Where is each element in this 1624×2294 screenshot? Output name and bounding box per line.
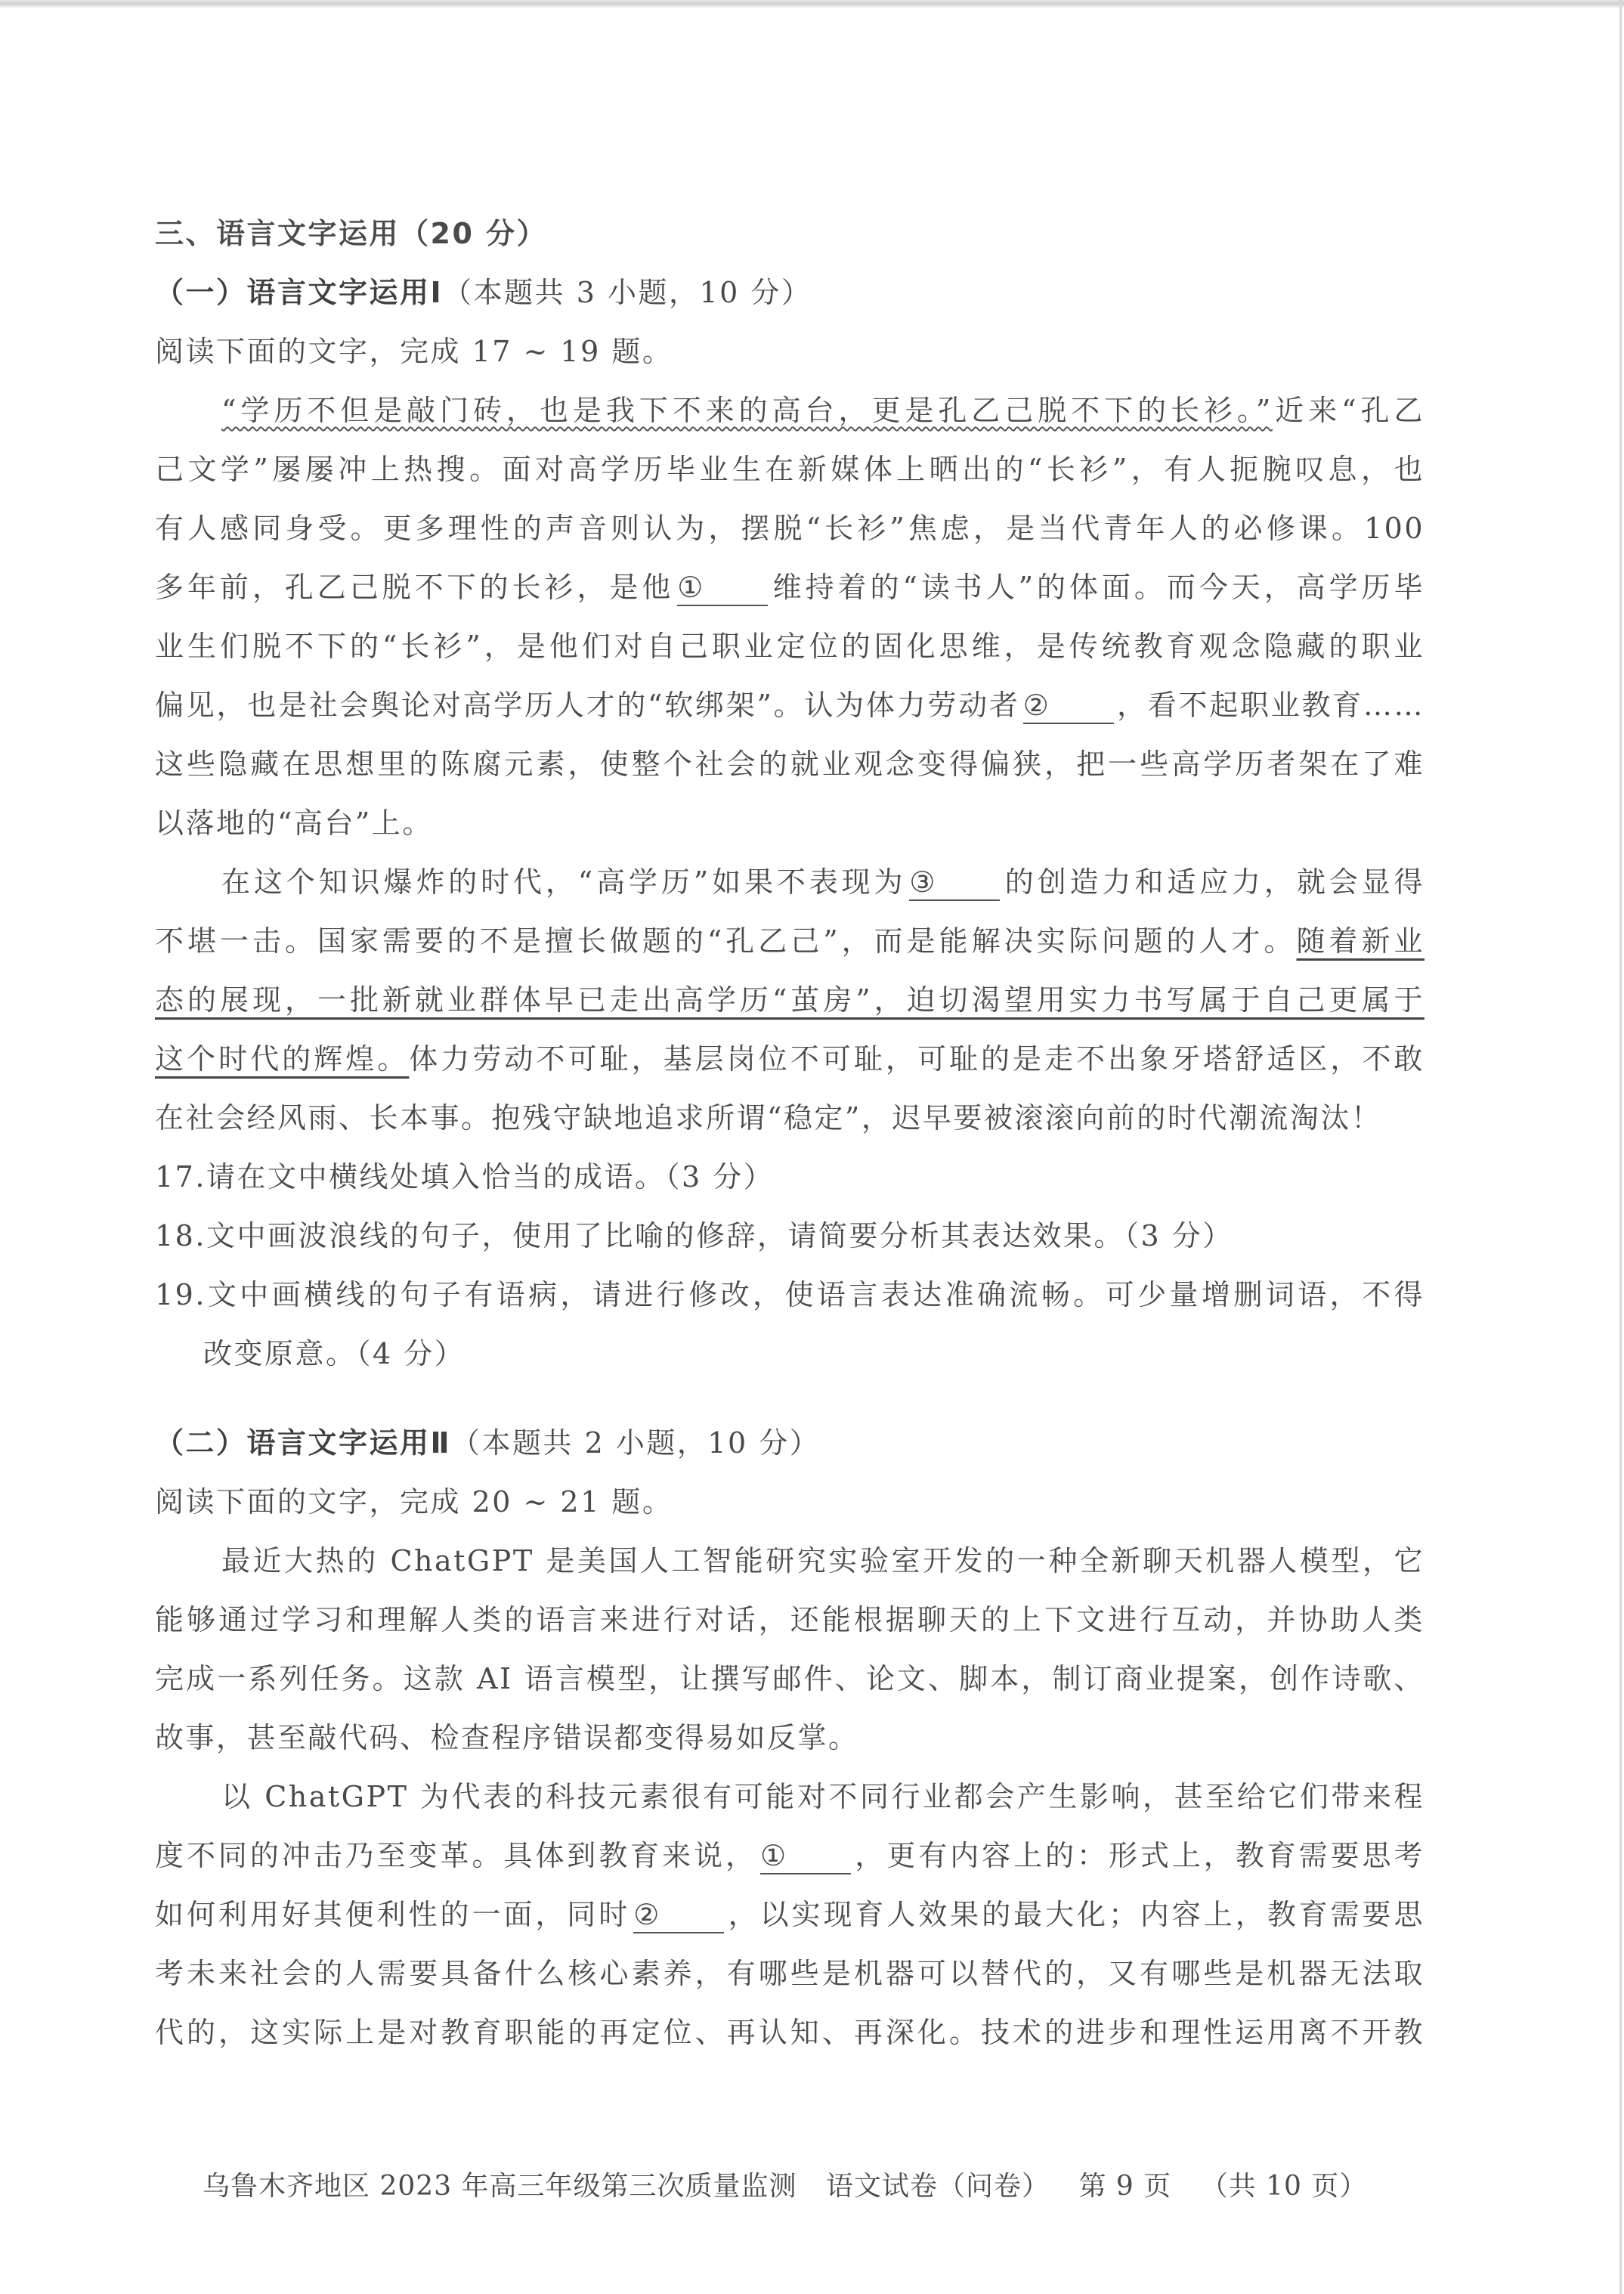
- passage-line: 态的展现，一批新就业群体早已走出高学历“茧房”，迫切渴望用实力书写属于自己更属于: [155, 971, 1424, 1029]
- question-number: 17.: [155, 1160, 206, 1193]
- passage-line: 最近大热的 ChatGPT 是美国人工智能研究实验室开发的一种全新聊天机器人模型…: [155, 1531, 1424, 1590]
- fill-blank-1: ①: [760, 1838, 851, 1875]
- passage-line: 在社会经风雨、长本事。抱残守缺地追求所谓“稳定”，迟早要被滚滚向前的时代潮流淘汰…: [155, 1088, 1424, 1147]
- passage-text: 维持着的“读书人”的体面。而今天，高学历毕: [771, 571, 1424, 604]
- question-text: 文中画波浪线的句子，使用了比喻的修辞，请简要分析其表达效果。（3 分）: [206, 1219, 1233, 1252]
- part-one-questions: 17.请在文中横线处填入恰当的成语。（3 分） 18.文中画波浪线的句子，使用了…: [155, 1147, 1424, 1383]
- footer-paper-name: 语文试卷（问卷）: [826, 2171, 1050, 2202]
- fill-blank-2: ②: [633, 1897, 724, 1933]
- section-gap: [155, 1383, 1424, 1413]
- part-two-heading: （二）语言文字运用Ⅱ（本题共 2 小题，10 分）: [155, 1413, 1424, 1472]
- underlined-sentence: 态的展现，一批新就业群体早已走出高学历“茧房”，迫切渴望用实力书写属于自己更属于: [155, 983, 1424, 1017]
- part-two-heading-note: （本题共 2 小题，10 分）: [451, 1426, 820, 1460]
- passage-text: ，看不起职业教育……: [1117, 689, 1424, 722]
- passage-line: 度不同的冲击乃至变革。具体到教育来说，①，更有内容上的：形式上，教育需要思考: [155, 1826, 1424, 1885]
- passage-text: 不堪一击。国家需要的不是擅长做题的“孔乙己”，而是能解决实际问题的人才。: [155, 924, 1297, 958]
- scan-edge-right: [1619, 0, 1622, 2294]
- passage-line: 这些隐藏在思想里的陈腐元素，使整个社会的就业观念变得偏狭，把一些高学历者架在了难: [155, 735, 1424, 794]
- question-text: 文中画横线的句子有语病，请进行修改，使语言表达准确流畅。可少量增删词语，不得: [206, 1278, 1424, 1311]
- passage-line: 以落地的“高台”上。: [155, 794, 1424, 853]
- part-one-passage: “学历不但是敲门砖，也是我下不来的高台，更是孔乙己脱不下的长衫。”近来“孔乙 己…: [155, 381, 1424, 1147]
- passage-line: 完成一系列任务。这款 AI 语言模型，让撰写邮件、论文、脚本，制订商业提案，创作…: [155, 1649, 1424, 1708]
- question-17: 17.请在文中横线处填入恰当的成语。（3 分）: [155, 1147, 1424, 1206]
- passage-line: 故事，甚至敲代码、检查程序错误都变得易如反掌。: [155, 1708, 1424, 1767]
- passage-text: 度不同的冲击乃至变革。具体到教育来说，: [155, 1839, 757, 1872]
- fill-blank-2: ②: [1023, 688, 1114, 724]
- exam-page: 三、语言文字运用（20 分） （一）语言文字运用Ⅰ（本题共 3 小题，10 分）…: [155, 204, 1424, 2062]
- passage-text: 如何利用好其便利性的一面，同时: [155, 1898, 630, 1931]
- passage-line: 不堪一击。国家需要的不是擅长做题的“孔乙己”，而是能解决实际问题的人才。随着新业: [155, 912, 1424, 971]
- part-two-instruction: 阅读下面的文字，完成 20 ~ 21 题。: [155, 1472, 1424, 1531]
- passage-line: 如何利用好其便利性的一面，同时②，以实现育人效果的最大化；内容上，教育需要思: [155, 1885, 1424, 1944]
- scan-edge-top: [0, 0, 1624, 8]
- question-number: 19.: [155, 1278, 206, 1311]
- passage-line: 代的，这实际上是对教育职能的再定位、再认知、再深化。技术的进步和理性运用离不开教: [155, 2003, 1424, 2062]
- fill-blank-1: ①: [677, 570, 768, 606]
- footer-page-total: （共 10 页）: [1201, 2171, 1368, 2202]
- page-footer: 乌鲁木齐地区 2023 年高三年级第三次质量监测 语文试卷（问卷） 第 9 页 …: [203, 2168, 1387, 2206]
- passage-line: 业生们脱不下的“长衫”，是他们对自己职业定位的固化思维，是传统教育观念隐藏的职业: [155, 617, 1424, 676]
- passage-line: 偏见，也是社会舆论对高学历人才的“软绑架”。认为体力劳动者②，看不起职业教育……: [155, 676, 1424, 735]
- passage-text: 多年前，孔乙己脱不下的长衫，是他: [155, 571, 674, 604]
- fill-blank-3: ③: [909, 865, 1000, 901]
- passage-text: ，更有内容上的：形式上，教育需要思考: [854, 1839, 1424, 1872]
- footer-page-number: 第 9 页: [1078, 2171, 1171, 2202]
- passage-line: 能够通过学习和理解人类的语言来进行对话，还能根据聊天的上下文进行互动，并协助人类: [155, 1590, 1424, 1649]
- passage-text: ，以实现育人效果的最大化；内容上，教育需要思: [727, 1898, 1424, 1931]
- part-one-heading: （一）语言文字运用Ⅰ（本题共 3 小题，10 分）: [155, 263, 1424, 322]
- part-two-heading-title: （二）语言文字运用Ⅱ: [155, 1426, 451, 1460]
- passage-text: 的创造力和适应力，就会显得: [1003, 865, 1424, 899]
- part-two-passage: 最近大热的 ChatGPT 是美国人工智能研究实验室开发的一种全新聊天机器人模型…: [155, 1531, 1424, 2062]
- question-text: 请在文中横线处填入恰当的成语。（3 分）: [206, 1160, 774, 1193]
- part-one-heading-note: （本题共 3 小题，10 分）: [443, 276, 812, 309]
- passage-text: 在这个知识爆炸的时代，“高学历”如果不表现为: [221, 865, 906, 899]
- passage-line: 有人感同身受。更多理性的声音则认为，摆脱“长衫”焦虑，是当代青年人的必修课。10…: [155, 499, 1424, 558]
- passage-text: 近来“孔乙: [1273, 394, 1424, 427]
- underlined-sentence: 这个时代的辉煌。: [155, 1042, 409, 1076]
- question-18: 18.文中画波浪线的句子，使用了比喻的修辞，请简要分析其表达效果。（3 分）: [155, 1206, 1424, 1265]
- question-19: 19.文中画横线的句子有语病，请进行修改，使语言表达准确流畅。可少量增删词语，不…: [155, 1265, 1424, 1324]
- footer-exam-title: 乌鲁木齐地区 2023 年高三年级第三次质量监测: [203, 2171, 797, 2202]
- passage-line: 己文学”屡屡冲上热搜。面对高学历毕业生在新媒体上晒出的“长衫”，有人扼腕叹息，也: [155, 440, 1424, 499]
- passage-text: 偏见，也是社会舆论对高学历人才的“软绑架”。认为体力劳动者: [155, 689, 1020, 722]
- passage-line: 多年前，孔乙己脱不下的长衫，是他①维持着的“读书人”的体面。而今天，高学历毕: [155, 558, 1424, 617]
- passage-text: 体力劳动不可耻，基层岗位不可耻，可耻的是走不出象牙塔舒适区，不敢: [409, 1042, 1424, 1076]
- question-number: 18.: [155, 1219, 206, 1252]
- passage-line: 在这个知识爆炸的时代，“高学历”如果不表现为③的创造力和适应力，就会显得: [155, 853, 1424, 912]
- part-one-instruction: 阅读下面的文字，完成 17 ~ 19 题。: [155, 322, 1424, 381]
- passage-line: 这个时代的辉煌。体力劳动不可耻，基层岗位不可耻，可耻的是走不出象牙塔舒适区，不敢: [155, 1029, 1424, 1088]
- section-title: 三、语言文字运用（20 分）: [155, 204, 1424, 263]
- passage-line: 考未来社会的人需要具备什么核心素养，有哪些是机器可以替代的，又有哪些是机器无法取: [155, 1944, 1424, 2003]
- question-19-continuation: 改变原意。（4 分）: [155, 1324, 1424, 1383]
- wavy-underlined-sentence: “学历不但是敲门砖，也是我下不来的高台，更是孔乙己脱不下的长衫。”: [221, 394, 1273, 427]
- underlined-sentence: 随着新业: [1297, 924, 1424, 958]
- passage-line: “学历不但是敲门砖，也是我下不来的高台，更是孔乙己脱不下的长衫。”近来“孔乙: [155, 381, 1424, 440]
- part-one-heading-title: （一）语言文字运用Ⅰ: [155, 276, 443, 309]
- passage-line: 以 ChatGPT 为代表的科技元素很有可能对不同行业都会产生影响，甚至给它们带…: [155, 1767, 1424, 1826]
